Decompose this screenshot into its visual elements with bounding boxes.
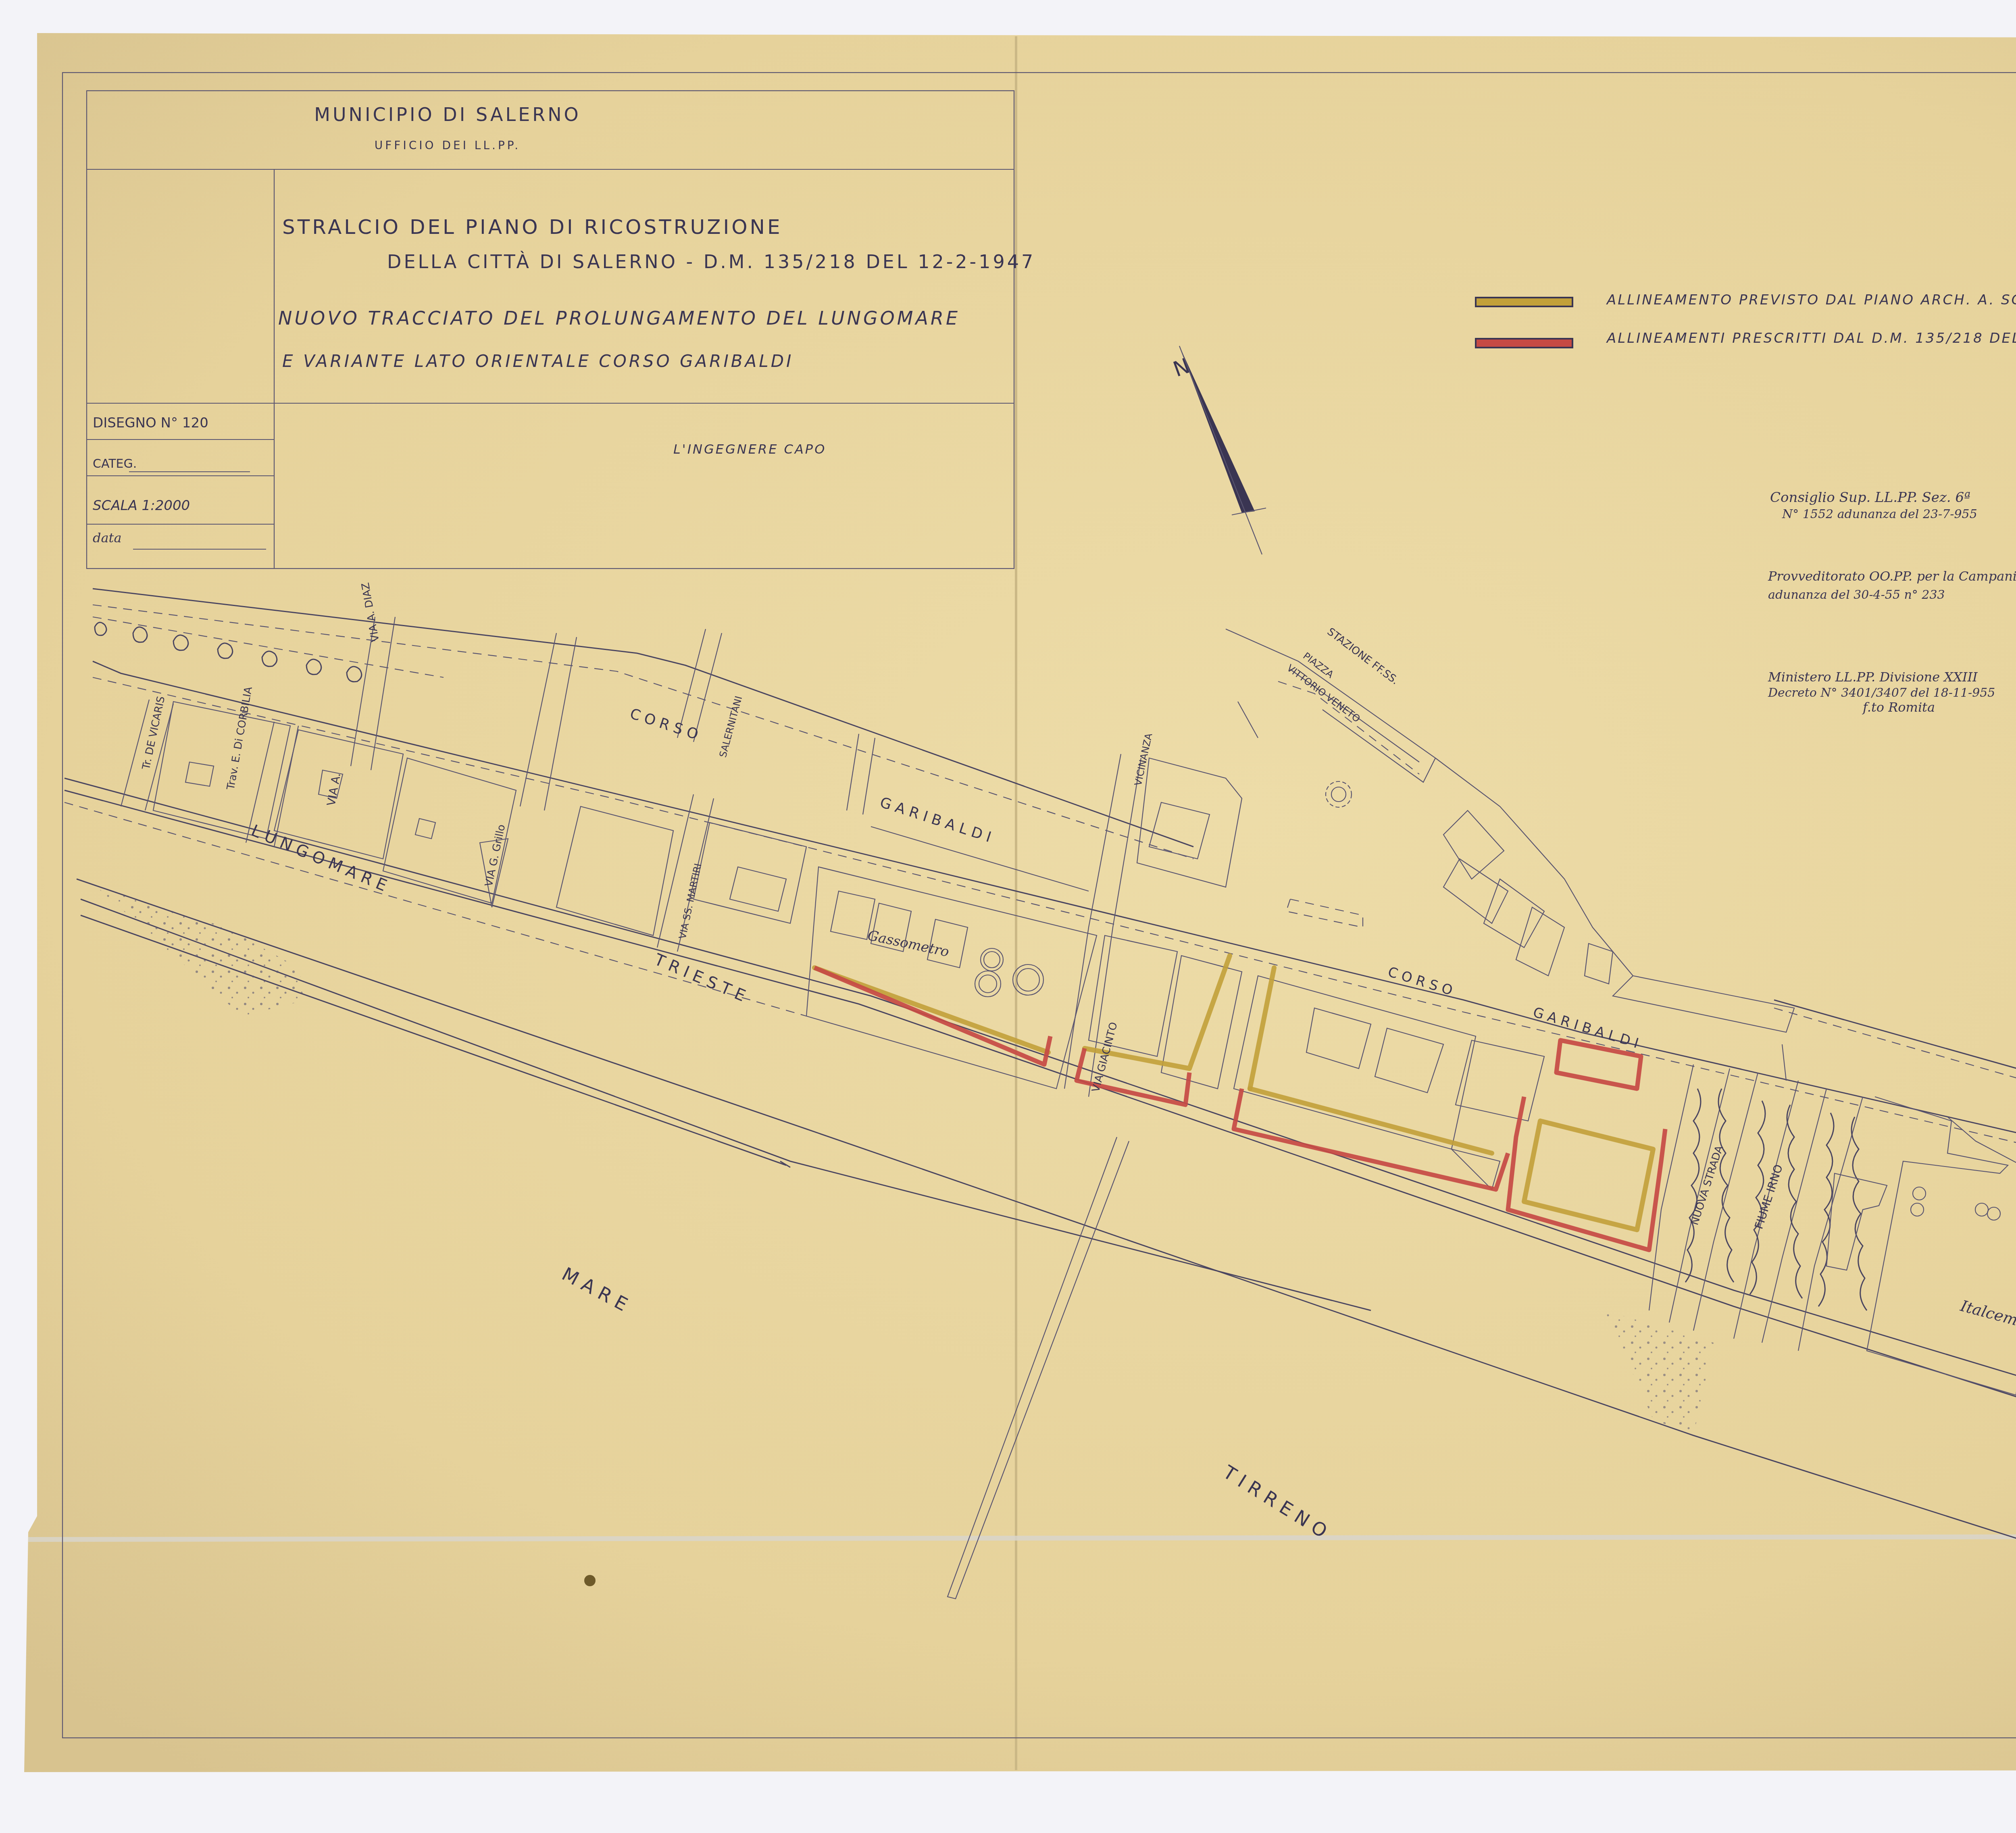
approval-2-line-2: adunanza del 30-4-55 n° 233 [1768, 588, 1945, 602]
legend-label-yellow: ALLINEAMENTO PREVISTO DAL PIANO ARCH. A.… [1606, 292, 2016, 308]
authority-title: MUNICIPIO DI SALERNO [314, 104, 581, 125]
subtitle-line-2: E VARIANTE LATO ORIENTALE CORSO GARIBALD… [282, 351, 793, 371]
fold-line-horizontal [28, 1536, 2016, 1539]
category-label: CATEG. [93, 457, 137, 471]
title-line-1: STRALCIO DEL PIANO DI RICOSTRUZIONE [282, 215, 783, 239]
approval-3-signature: f.to Romita [1862, 700, 1935, 715]
date-label: data [93, 530, 122, 546]
approval-2-line-1: Provveditorato OO.PP. per la Campania e … [1768, 569, 2016, 584]
pin-hole [584, 1575, 596, 1586]
map-sheet: MUNICIPIO DI SALERNO UFFICIO DEI LL.PP. … [0, 0, 2016, 1833]
subtitle-line-1: NUOVO TRACCIATO DEL PROLUNGAMENTO DEL LU… [278, 307, 960, 329]
approval-1-line-1: Consiglio Sup. LL.PP. Sez. 6ª [1770, 489, 1970, 506]
approval-3-line-1: Ministero LL.PP. Divisione XXIII [1768, 669, 1978, 685]
legend-label-red: ALLINEAMENTI PRESCRITTI DAL D.M. 135/218… [1606, 330, 2016, 346]
approval-1-line-2: N° 1552 adunanza del 23-7-955 [1782, 507, 1977, 521]
scale-label: SCALA 1:2000 [93, 498, 190, 514]
red-swatch-icon [1476, 339, 1572, 348]
signature-label: L'INGEGNERE CAPO [673, 442, 826, 457]
title-line-2: DELLA CITTÀ DI SALERNO - D.M. 135/218 DE… [387, 251, 1035, 273]
yellow-swatch-icon [1476, 298, 1572, 306]
office-title: UFFICIO DEI LL.PP. [375, 139, 521, 152]
drawing-number: DISEGNO N° 120 [93, 415, 208, 431]
approval-3-line-2: Decreto N° 3401/3407 del 18-11-955 [1768, 686, 1995, 700]
